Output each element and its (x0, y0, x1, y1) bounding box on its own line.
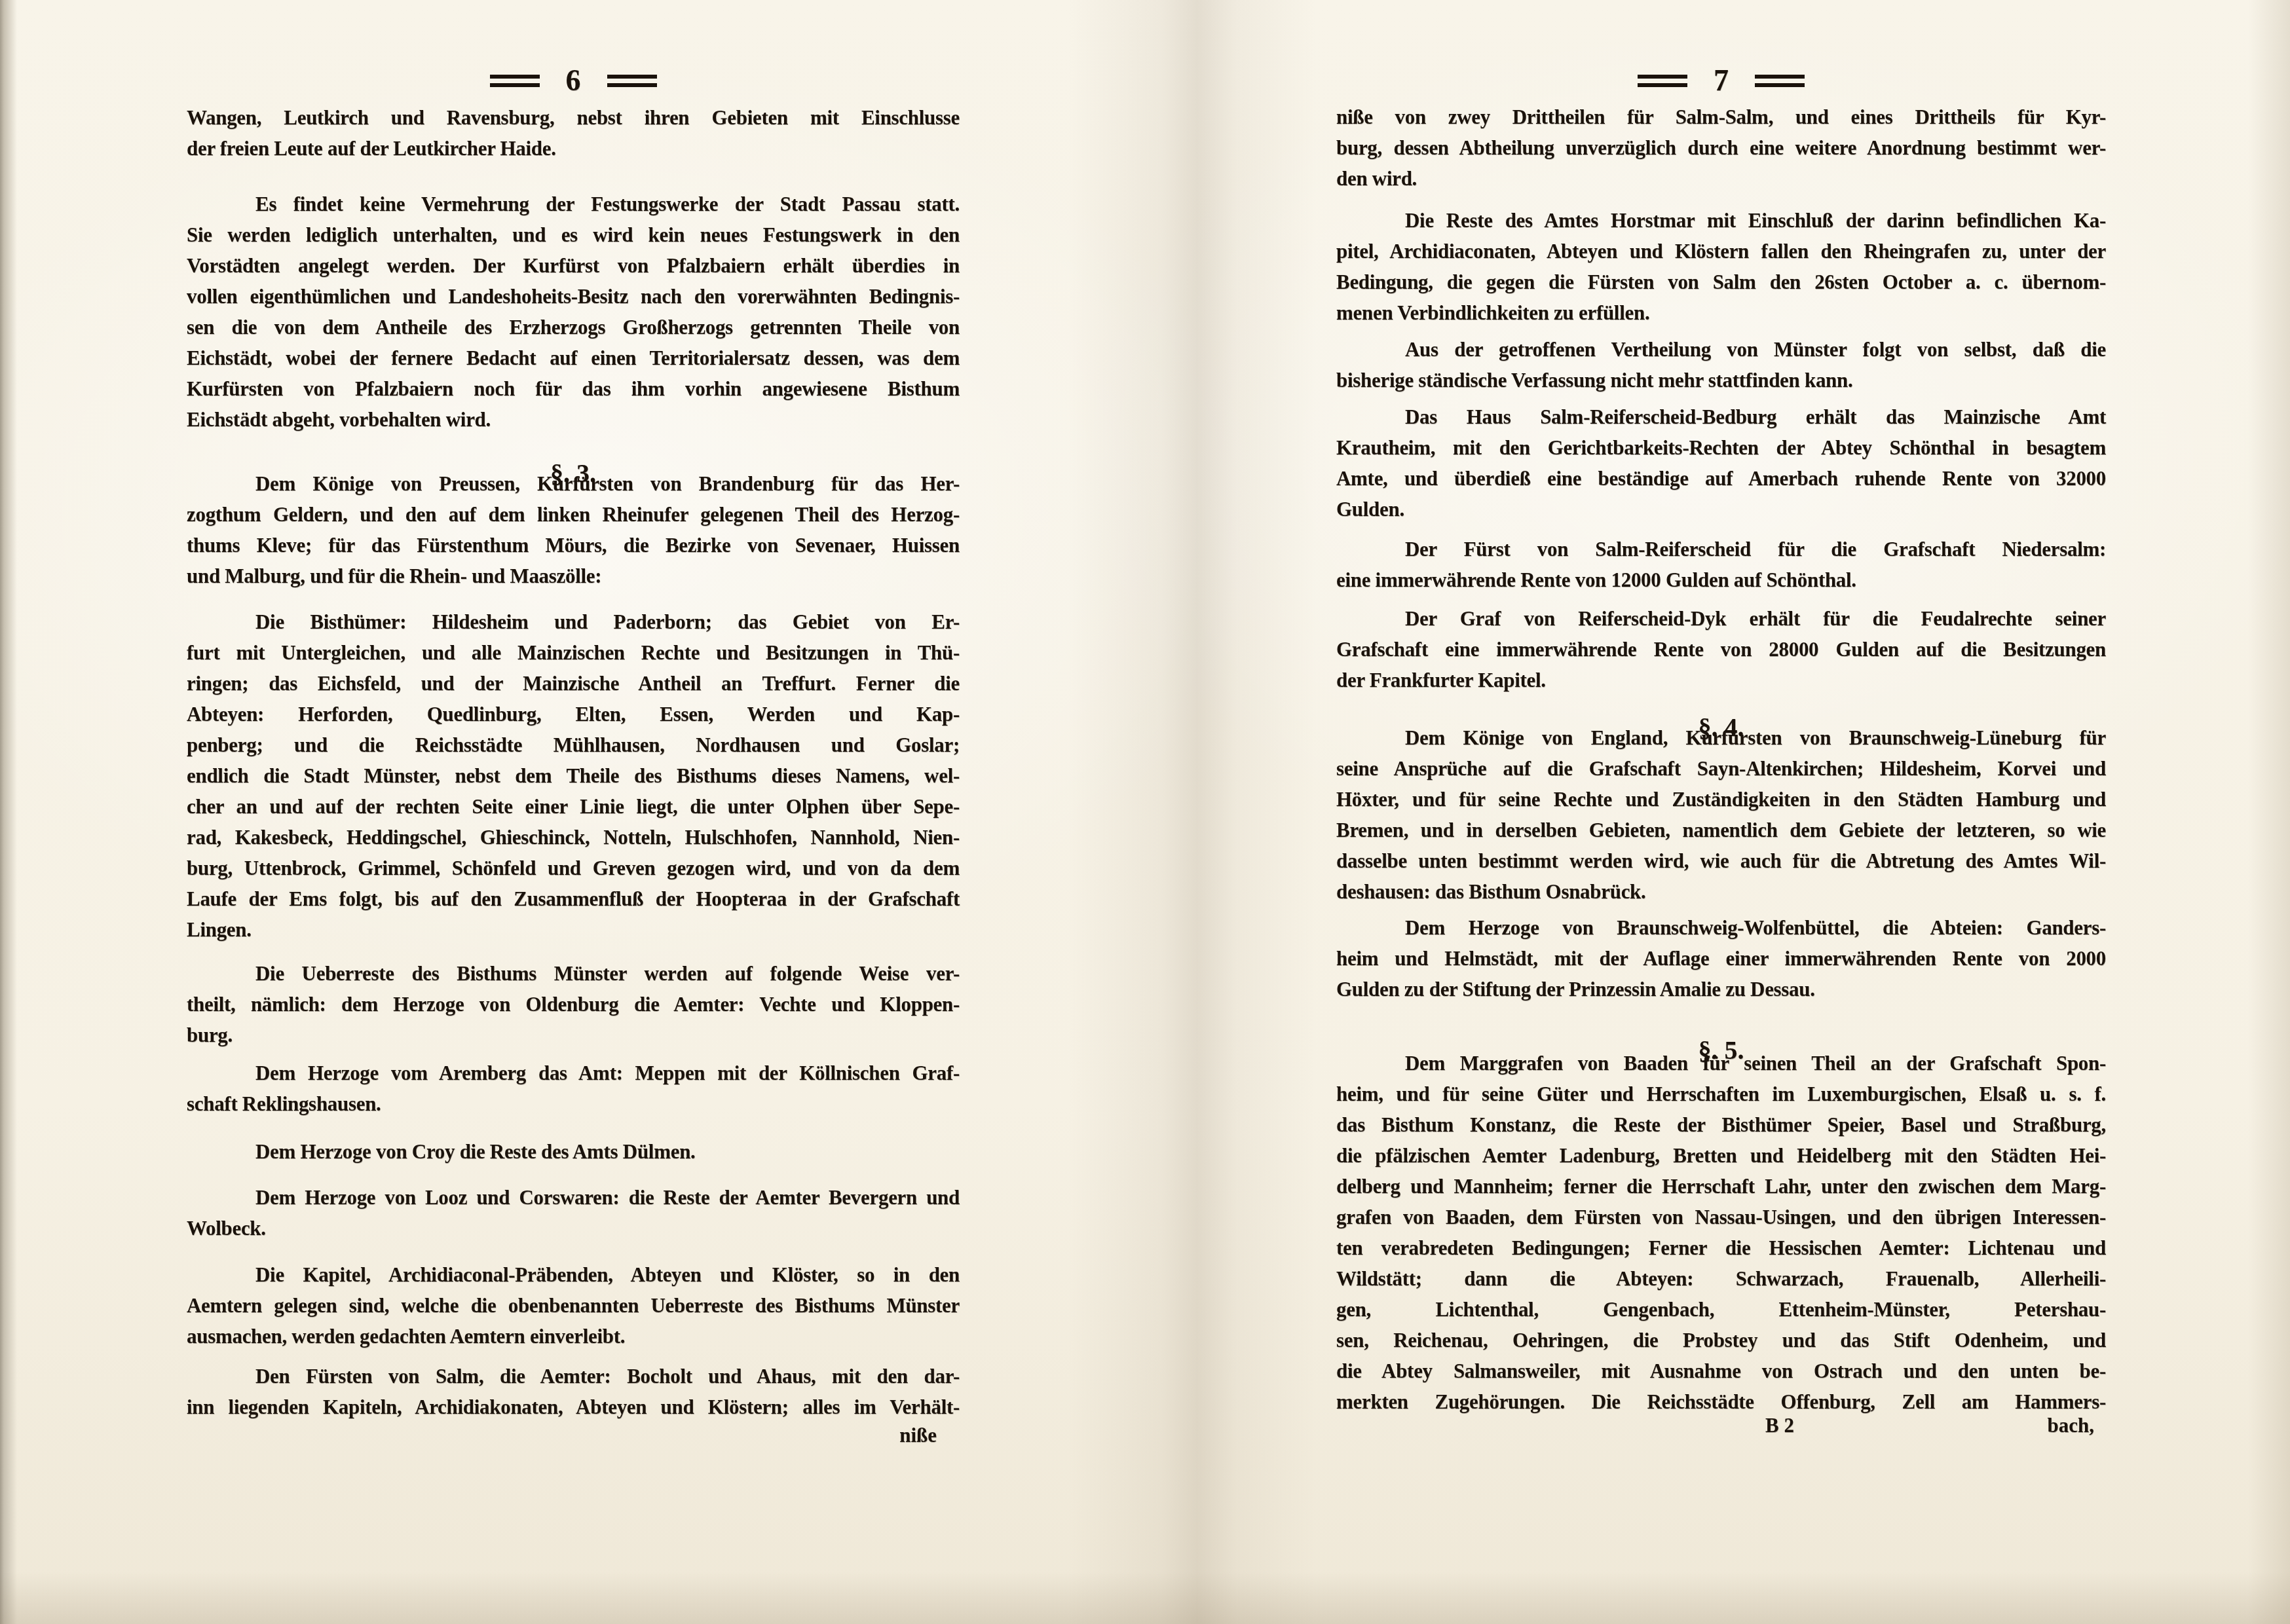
text-line: Dem Könige von Preussen, Kurfürsten von … (187, 468, 960, 499)
double-rule-icon (607, 75, 657, 87)
text-line: Amte, und überdieß eine beständige auf A… (1336, 463, 2106, 494)
text-line: Den Fürsten von Salm, die Aemter: Bochol… (187, 1361, 960, 1392)
text-line: Abteyen: Herforden, Quedlinburg, Elten, … (187, 699, 960, 729)
text-line: Krautheim, mit den Gerichtbarkeits-Recht… (1336, 432, 2106, 463)
book-scan: { "colors": { "ink": "#1a120b", "paper":… (0, 0, 2290, 1624)
double-rule-icon (1638, 75, 1687, 87)
text-line: Der Fürst von Salm-Reiferscheid für die … (1336, 534, 2106, 564)
paragraph-continuation: niße von zwey Drittheilen für Salm-Salm,… (1336, 101, 2106, 194)
scan-edge-left (0, 0, 17, 1624)
text-line: Höxter, und für seine Rechte und Zuständ… (1336, 784, 2106, 815)
double-rule-icon (1755, 75, 1805, 87)
text-line: Aemtern gelegen sind, welche die obenben… (187, 1290, 960, 1321)
text-line: Lingen. (187, 914, 960, 945)
text-line: heim und Helmstädt, mit der Auflage eine… (1336, 943, 2106, 974)
paragraph: Dem Herzoge von Looz und Corswaren: die … (187, 1182, 960, 1244)
paragraph: Die Bisthümer: Hildesheim und Paderborn;… (187, 606, 960, 945)
book-gutter-shadow (1068, 0, 1317, 1624)
text-line: penberg; und die Reichsstädte Mühlhausen… (187, 729, 960, 760)
paragraph: Dem Marggrafen von Baaden für seinen The… (1336, 1048, 2106, 1417)
text-line: Bremen, und in derselben Gebieten, namen… (1336, 815, 2106, 845)
paragraph: Es findet keine Vermehrung der Festungsw… (187, 189, 960, 435)
text-line: gen, Lichtenthal, Gengenbach, Ettenheim-… (1336, 1294, 2106, 1325)
text-line: Dem Herzoge von Looz und Corswaren: die … (187, 1182, 960, 1213)
paragraph: Dem Herzoge von Braunschweig-Wolfenbütte… (1336, 912, 2106, 1005)
text-line: ten verabredeten Bedingungen; Ferner die… (1336, 1232, 2106, 1263)
scan-edge-right (2248, 0, 2290, 1624)
text-line: den wird. (1336, 163, 2106, 194)
text-line: sen, Reichenau, Oehringen, die Probstey … (1336, 1325, 2106, 1356)
text-line: burg. (187, 1020, 960, 1050)
text-line: eine immerwährende Rente von 12000 Gulde… (1336, 564, 2106, 595)
text-line: und Malburg, und für die Rhein- und Maas… (187, 561, 960, 591)
paragraph: Dem Herzoge von Croy die Reste des Amts … (187, 1136, 960, 1167)
text-line: burg, Uttenbrock, Grimmel, Schönfeld und… (187, 853, 960, 883)
text-line: Wildstätt; dann die Abteyen: Schwarzach,… (1336, 1263, 2106, 1294)
text-line: Vorstädten angelegt werden. Der Kurfürst… (187, 250, 960, 281)
text-line: Dem Herzoge vom Aremberg das Amt: Meppen… (187, 1058, 960, 1088)
text-line: Das Haus Salm-Reiferscheid-Bedburg erhäl… (1336, 401, 2106, 432)
text-line: sen die von dem Antheile des Erzherzogs … (187, 312, 960, 342)
paragraph: Der Graf von Reiferscheid-Dyk erhält für… (1336, 603, 2106, 695)
text-line: cher an und auf der rechten Seite einer … (187, 791, 960, 822)
text-line: thums Kleve; für das Fürstenthum Möurs, … (187, 530, 960, 561)
text-line: ausmachen, werden gedachten Aemtern einv… (187, 1321, 960, 1352)
text-line: die pfälzischen Aemter Ladenburg, Brette… (1336, 1140, 2106, 1171)
text-line: Bedingung, die gegen die Fürsten von Sal… (1336, 267, 2106, 297)
paragraph: Die Reste des Amtes Horstmar mit Einschl… (1336, 205, 2106, 328)
text-line: niße von zwey Drittheilen für Salm-Salm,… (1336, 101, 2106, 132)
paragraph: Den Fürsten von Salm, die Aemter: Bochol… (187, 1361, 960, 1422)
page-number-left: 6 (566, 65, 581, 96)
text-line: der freien Leute auf der Leutkircher Hai… (187, 133, 960, 164)
text-line: Aus der getroffenen Vertheilung von Müns… (1336, 334, 2106, 365)
text-line: Die Reste des Amtes Horstmar mit Einschl… (1336, 205, 2106, 236)
page-right: 7 niße von zwey Drittheilen für Salm-Sal… (1336, 0, 2106, 1624)
signature-mark: B 2 (1765, 1410, 1794, 1441)
text-line: Dem Herzoge von Braunschweig-Wolfenbütte… (1336, 912, 2106, 943)
text-line: Wangen, Leutkirch und Ravensburg, nebst … (187, 102, 960, 133)
text-line: rad, Kakesbeck, Heddingschel, Ghieschinc… (187, 822, 960, 853)
text-line: schaft Reklingshausen. (187, 1088, 960, 1119)
page-header-right: 7 (1336, 62, 2106, 99)
text-line: vollen eigenthümlichen und Landeshoheits… (187, 281, 960, 312)
paragraph: Der Fürst von Salm-Reiferscheid für die … (1336, 534, 2106, 595)
text-line: inn liegenden Kapiteln, Archidiakonaten,… (187, 1392, 960, 1422)
text-line: Die Kapitel, Archidiaconal-Präbenden, Ab… (187, 1259, 960, 1290)
text-line: delberg und Mannheim; ferner die Herrsch… (1336, 1171, 2106, 1202)
text-line: Wolbeck. (187, 1213, 960, 1244)
text-line: Sie werden lediglich unterhalten, und es… (187, 219, 960, 250)
paragraph: Dem Könige von England, Kurfürsten von B… (1336, 722, 2106, 907)
paragraph-continuation: Wangen, Leutkirch und Ravensburg, nebst … (187, 102, 960, 164)
text-line: Laufe der Ems folgt, bis auf den Zusamme… (187, 883, 960, 914)
paragraph: Dem Könige von Preussen, Kurfürsten von … (187, 468, 960, 591)
text-line: die Abtey Salmansweiler, mit Ausnahme vo… (1336, 1356, 2106, 1386)
text-line: zogthum Geldern, und den auf dem linken … (187, 499, 960, 530)
text-line: deshausen: das Bisthum Osnabrück. (1336, 876, 2106, 907)
text-line: endlich die Stadt Münster, nebst dem The… (187, 760, 960, 791)
text-line: burg, dessen Abtheilung unverzüglich dur… (1336, 132, 2106, 163)
text-line: Die Ueberreste des Bisthums Münster werd… (187, 958, 960, 989)
text-line: Eichstädt abgeht, vorbehalten wird. (187, 404, 960, 435)
catchword: niße (899, 1420, 937, 1450)
text-line: seine Ansprüche auf die Grafschaft Sayn-… (1336, 753, 2106, 784)
text-line: Dem Marggrafen von Baaden für seinen The… (1336, 1048, 2106, 1079)
text-line: Es findet keine Vermehrung der Festungsw… (187, 189, 960, 219)
text-line: bisherige ständische Verfassung nicht me… (1336, 365, 2106, 396)
text-line: der Frankfurter Kapitel. (1336, 665, 2106, 695)
paragraph: Die Kapitel, Archidiaconal-Präbenden, Ab… (187, 1259, 960, 1352)
text-line: Dem Könige von England, Kurfürsten von B… (1336, 722, 2106, 753)
text-line: Dem Herzoge von Croy die Reste des Amts … (187, 1136, 960, 1167)
text-line: Grafschaft eine immerwährende Rente von … (1336, 634, 2106, 665)
paragraph: Aus der getroffenen Vertheilung von Müns… (1336, 334, 2106, 396)
paragraph: Die Ueberreste des Bisthums Münster werd… (187, 958, 960, 1050)
signature-line: B 2 bach, (1336, 1410, 2106, 1441)
catchword: bach, (2048, 1410, 2095, 1441)
text-line: menen Verbindlichkeiten zu erfüllen. (1336, 297, 2106, 328)
text-line: Gulden. (1336, 494, 2106, 525)
double-rule-icon (490, 75, 540, 87)
page-number-right: 7 (1714, 65, 1729, 96)
text-line: heim, und für seine Güter und Herrschaft… (1336, 1079, 2106, 1109)
page-header-left: 6 (187, 62, 960, 99)
text-line: grafen von Baaden, dem Fürsten von Nassa… (1336, 1202, 2106, 1232)
page-left: 6 Wangen, Leutkirch und Ravensburg, nebs… (187, 0, 960, 1624)
paragraph: Dem Herzoge vom Aremberg das Amt: Meppen… (187, 1058, 960, 1119)
text-line: Die Bisthümer: Hildesheim und Paderborn;… (187, 606, 960, 637)
text-line: Eichstädt, wobei der fernere Bedacht auf… (187, 342, 960, 373)
text-line: Kurfürsten von Pfalzbaiern noch für das … (187, 373, 960, 404)
text-line: dasselbe unten bestimmt werden wird, wie… (1336, 845, 2106, 876)
text-line: das Bisthum Konstanz, die Reste der Bist… (1336, 1109, 2106, 1140)
text-line: furt mit Untergleichen, und alle Mainzis… (187, 637, 960, 668)
text-line: Gulden zu der Stiftung der Prinzessin Am… (1336, 974, 2106, 1005)
paragraph: Das Haus Salm-Reiferscheid-Bedburg erhäl… (1336, 401, 2106, 525)
text-line: pitel, Archidiaconaten, Abteyen und Klös… (1336, 236, 2106, 267)
text-line: ringen; das Eichsfeld, und der Mainzisch… (187, 668, 960, 699)
text-line: theilt, nämlich: dem Herzoge von Oldenbu… (187, 989, 960, 1020)
text-line: Der Graf von Reiferscheid-Dyk erhält für… (1336, 603, 2106, 634)
